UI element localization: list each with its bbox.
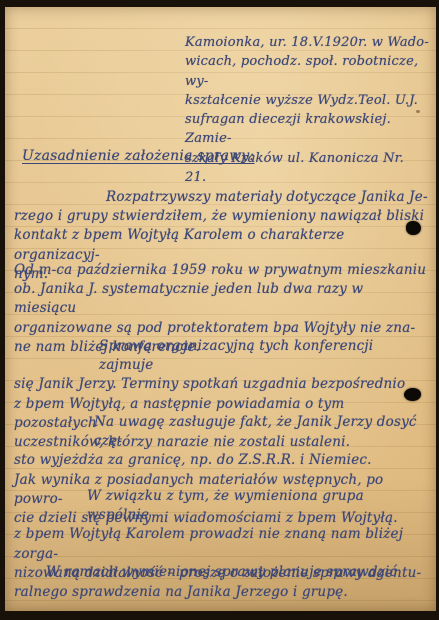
- text-line: się Janik Jerzy. Terminy spotkań uzgadni…: [14, 375, 428, 394]
- punch-hole-top: [406, 221, 421, 235]
- text-line: Na uwagę zasługuje fakt, że Janik Jerzy …: [94, 413, 428, 451]
- text-line: Sprawą organizacyjną tych konferencji za…: [99, 337, 428, 375]
- paper-speck: [416, 110, 420, 113]
- header-line: Kamoionka, ur. 18.V.1920r. w Wado-: [185, 33, 429, 52]
- punch-hole-bottom: [404, 388, 421, 401]
- text-line: Rozpatrzywszy materiały dotyczące Janika…: [106, 188, 428, 207]
- section-heading: Uzasadnienie założenia sprawy:: [22, 148, 254, 164]
- text-line: ob. Janika J. systematycznie jeden lub d…: [14, 280, 428, 318]
- text-line: rzego i grupy stwierdziłem, że wymienion…: [14, 207, 428, 226]
- header-line: wicach, pochodz. społ. robotnicze, wy-: [185, 52, 429, 91]
- paragraph-5: W związku z tym, że wymieniona grupa wsp…: [14, 487, 428, 602]
- text-line: W związku z tym, że wymieniona grupa wsp…: [87, 487, 428, 525]
- text-line: sto wyjeżdża za granicę, np. do Z.S.R.R.…: [14, 451, 428, 470]
- text-line: Od m-ca października 1959 roku w prywatn…: [14, 261, 428, 280]
- scanned-document-page: { "page": { "kind": "scanned handwritten…: [0, 0, 439, 620]
- text-line: W ramach wymienionej sprawy planuje spra…: [46, 563, 428, 582]
- text-line: organizowane są pod protektoratem bpa Wo…: [14, 319, 428, 338]
- text-line: z bpem Wojtyłą Karolem prowadzi nie znan…: [14, 525, 428, 563]
- header-line: sufragan diecezji krakowskiej. Zamie-: [185, 110, 429, 149]
- header-line: kształcenie wyższe Wydz.Teol. U.J.: [185, 91, 429, 110]
- paragraph-6: W ramach wymienionej sprawy planuje spra…: [14, 563, 428, 582]
- text-line: kontakt z bpem Wojtyłą Karolem o charakt…: [14, 226, 428, 264]
- text-line: ralnego sprawdzenia na Janika Jerzego i …: [14, 583, 428, 602]
- header-block: Kamoionka, ur. 18.V.1920r. w Wado- wicac…: [185, 33, 429, 187]
